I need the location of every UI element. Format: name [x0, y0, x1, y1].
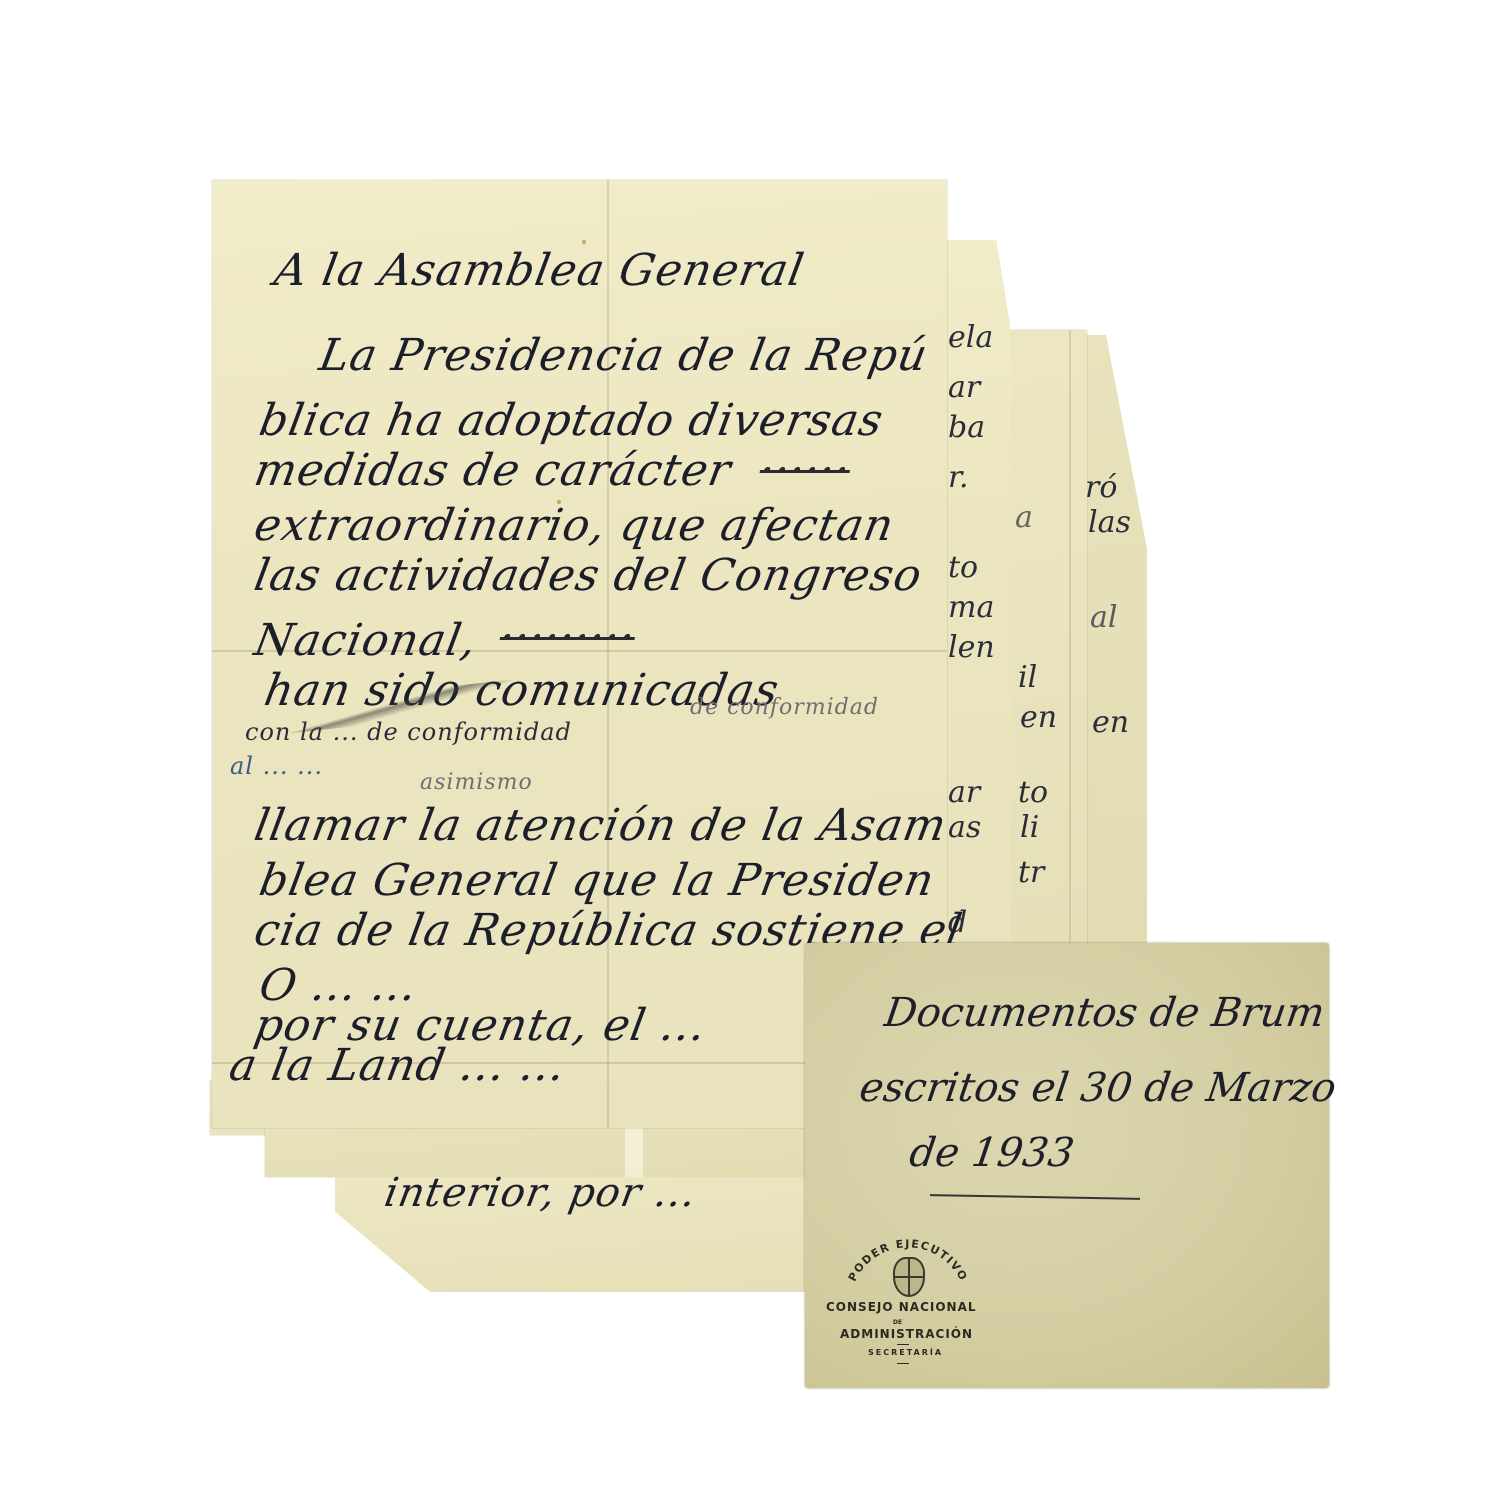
back-sheet-3 — [1005, 330, 1087, 945]
sheet4-fragment: las — [1088, 505, 1131, 540]
struck-word: ······ — [756, 445, 855, 496]
letter-line: medidas de carácter — [251, 445, 736, 496]
sheet2-fragment: ela — [948, 320, 993, 355]
sheet3-fragment: li — [1020, 810, 1039, 845]
sheet4-fragment: al — [1090, 600, 1117, 635]
letter-line: Nacional, — [251, 615, 482, 666]
sheet3-fragment: tr — [1018, 855, 1044, 890]
envelope-line-2: escritos el 30 de Marzo — [857, 1065, 1339, 1111]
envelope-line-1: Documentos de Brum — [882, 990, 1328, 1036]
sheet2-fragment: ar — [948, 370, 980, 405]
sheet4-fragment: en — [1092, 705, 1129, 740]
sheet2-fragment: len — [948, 630, 995, 665]
letter-line: La Presidencia de la Repú — [316, 330, 932, 381]
sheet3-fragment: en — [1020, 700, 1057, 735]
coat-of-arms-icon — [893, 1257, 925, 1297]
letter-line: extraordinario, que afectan — [251, 500, 899, 551]
sheet2-fragment: as — [948, 810, 981, 845]
envelope-line-3: de 1933 — [907, 1130, 1077, 1176]
sheet2-fragment: r. — [948, 460, 969, 495]
letter-line: blica ha adoptado diversas — [256, 395, 888, 446]
sheet2-fragment: ba — [948, 410, 985, 445]
letterhead-divider — [897, 1363, 909, 1364]
letter-line: llamar la atención de la Asam — [251, 800, 951, 851]
sheet4-fragment: ró — [1085, 470, 1117, 505]
sheet3-fragment: to — [1018, 775, 1048, 810]
sheet2-fragment: ma — [948, 590, 994, 625]
sheet2-fragment: to — [948, 550, 978, 585]
sheet3-fragment: a — [1015, 500, 1033, 535]
letter-salutation: A la Asamblea General — [271, 245, 809, 296]
letter-line: las actividades del Congreso — [251, 550, 927, 601]
letterhead-line-1: CONSEJO NACIONAL — [826, 1300, 977, 1314]
letterhead-line-3: ADMINISTRACIÓN — [840, 1327, 973, 1341]
pencil-note: de conformidad — [690, 695, 879, 720]
letterhead-line-2: DE — [893, 1319, 902, 1326]
bottom-fragment: interior, por ... — [381, 1170, 700, 1216]
letter-line: blea General que la Presiden — [256, 855, 939, 906]
letterhead-divider — [897, 1344, 909, 1345]
sheet3-fragment: il — [1018, 660, 1037, 695]
struck-phrase: ········· — [496, 612, 640, 663]
sheet2-fragment: ar — [948, 775, 980, 810]
pencil-note: asimismo — [420, 770, 533, 795]
letter-line: al ... ... — [230, 752, 323, 780]
letterhead-line-4: SECRETARÍA — [868, 1348, 943, 1357]
letter-line: a la Land ... ... — [226, 1040, 570, 1091]
